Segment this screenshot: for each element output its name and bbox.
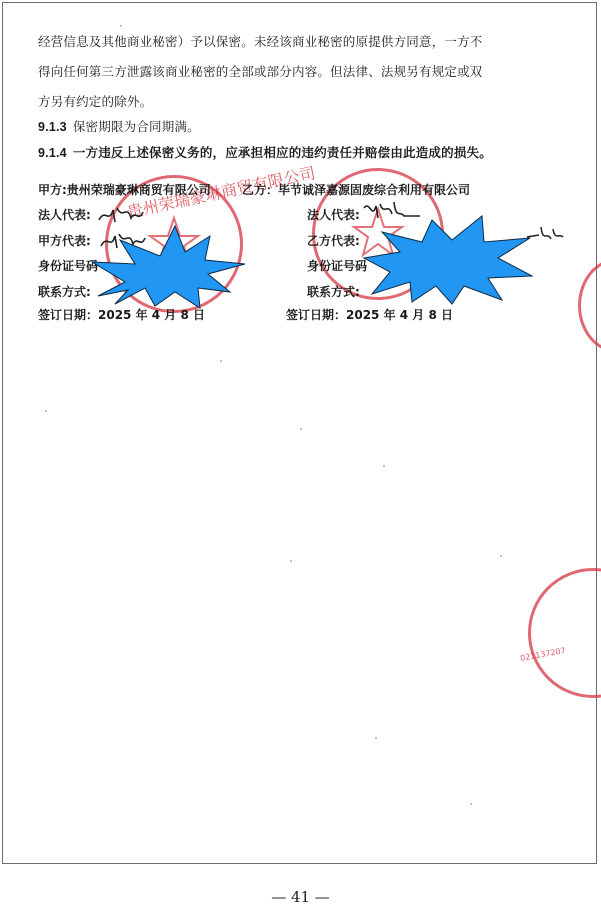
clause-number: 9.1.3 xyxy=(38,120,67,134)
party-a-rep-label: 甲方代表: xyxy=(38,234,91,249)
body-text-line-1: 经营信息及其他商业秘密）予以保密。未经该商业秘密的原提供方同意，一方不 xyxy=(38,34,483,50)
redaction-mark-party-b xyxy=(360,214,536,306)
scan-speck xyxy=(45,410,47,412)
scan-speck xyxy=(220,360,222,362)
party-b-id-label: 身份证号码 xyxy=(307,259,367,274)
party-b-rep-label: 乙方代表: xyxy=(307,234,360,249)
scan-speck xyxy=(383,465,385,467)
scan-speck xyxy=(300,428,302,430)
party-a-contact-label: 联系方式: xyxy=(38,285,91,300)
party-a-name: 甲方:贵州荣瑞豪琳商贸有限公司 xyxy=(38,183,211,198)
clause-text: 保密期限为合同期满。 xyxy=(73,119,200,134)
party-b-contact-label: 联系方式: xyxy=(307,285,360,300)
redaction-mark-party-a xyxy=(90,222,248,310)
party-b-sign-date: 签订日期：2025 年 4 月 8 日 xyxy=(286,308,453,323)
scan-speck xyxy=(500,555,502,557)
page-number: — 41 — xyxy=(0,888,601,906)
scan-speck xyxy=(290,560,292,562)
scan-speck xyxy=(120,25,122,27)
clause-text: 一方违反上述保密义务的，应承担相应的违约责任并赔偿由此造成的损失。 xyxy=(73,145,492,160)
scan-speck xyxy=(375,737,377,739)
party-a-id-label: 身份证号码 xyxy=(38,259,98,274)
clause-number: 9.1.4 xyxy=(38,146,67,160)
scan-speck xyxy=(470,803,472,805)
party-b-name: 乙方：毕节诚泽嘉源固废综合利用有限公司 xyxy=(242,183,470,198)
party-b-legal-rep-label: 法人代表: xyxy=(307,208,360,223)
clause-9-1-3: 9.1.3保密期限为合同期满。 xyxy=(38,119,200,135)
party-a-legal-rep-label: 法人代表: xyxy=(38,208,91,223)
party-a-sign-date: 签订日期：2025 年 4 月 8 日 xyxy=(38,308,205,323)
body-text-line-3: 方另有约定的除外。 xyxy=(38,94,152,110)
clause-9-1-4: 9.1.4一方违反上述保密义务的，应承担相应的违约责任并赔偿由此造成的损失。 xyxy=(38,145,492,161)
body-text-line-2: 得向任何第三方泄露该商业秘密的全部或部分内容。但法律、法规另有规定或双 xyxy=(38,64,483,80)
